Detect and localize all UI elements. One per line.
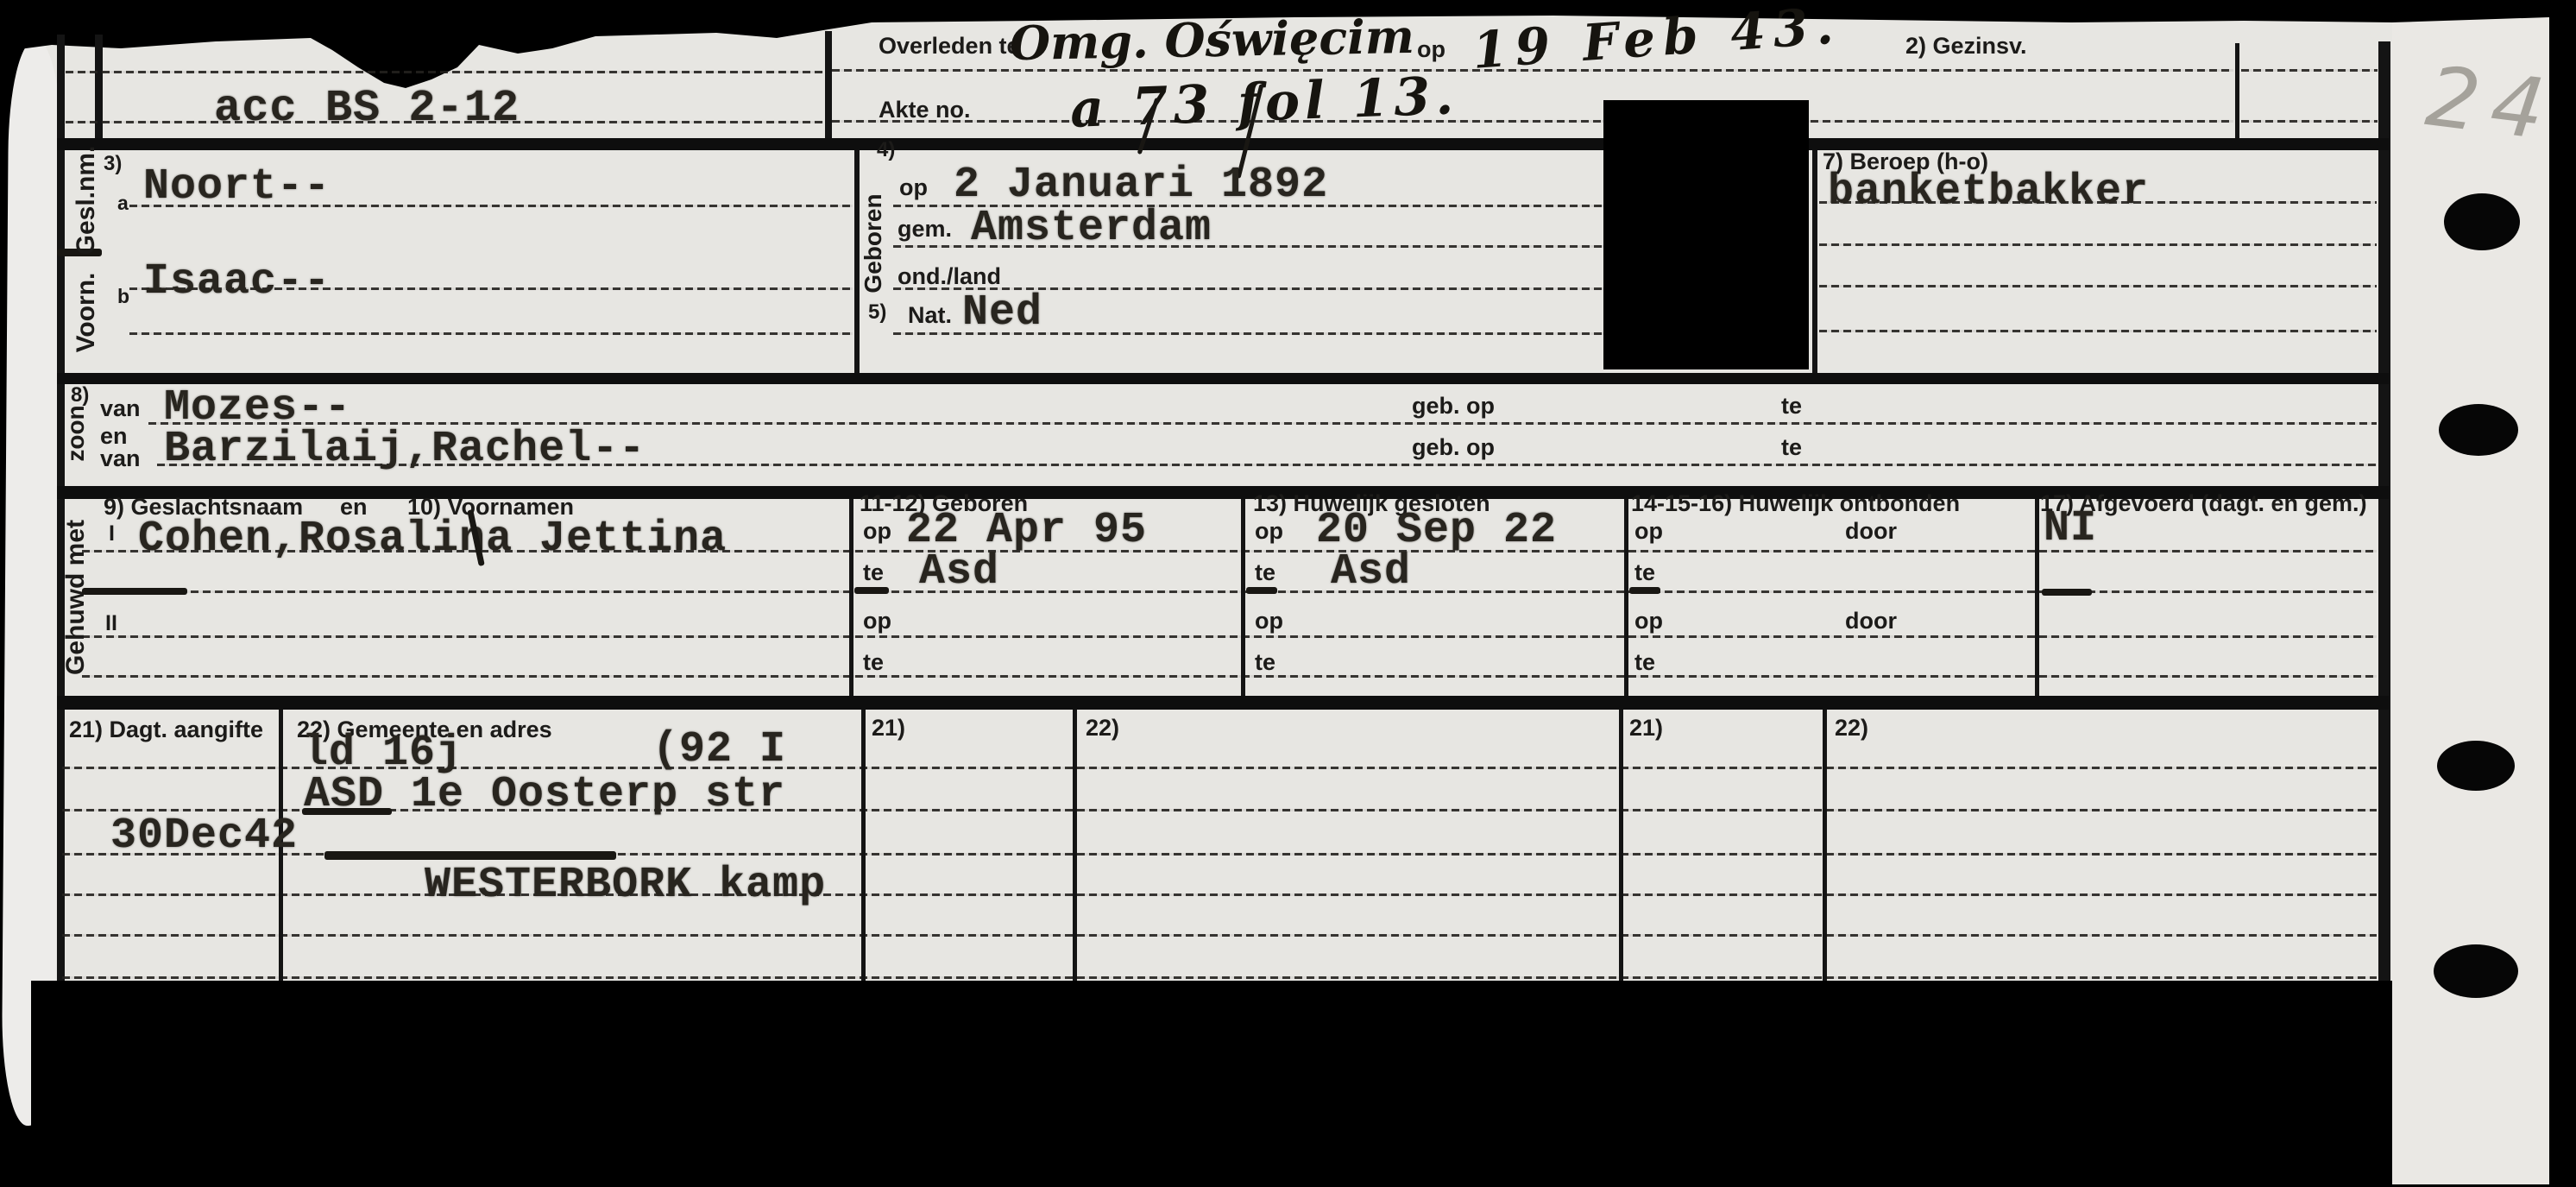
num8-label: 8) xyxy=(71,383,89,407)
te-label: te xyxy=(1634,559,1655,586)
ink-dash xyxy=(1246,587,1277,594)
op-label: op xyxy=(1255,608,1283,635)
op-label: op xyxy=(899,174,928,201)
ink-dash xyxy=(1629,587,1660,594)
te-label: te xyxy=(863,559,884,586)
reg-camp-line: WESTERBORK kamp xyxy=(318,811,826,959)
rule xyxy=(2241,120,2378,123)
section-bar-4 xyxy=(57,696,2389,710)
punch-hole xyxy=(2434,944,2518,998)
rule xyxy=(2241,69,2378,72)
nat-label: Nat. xyxy=(908,302,952,329)
b-divider-2 xyxy=(861,710,866,981)
bottom-black-strip xyxy=(31,981,2392,1187)
rule xyxy=(62,976,2377,979)
pencil-number: 24 xyxy=(2422,47,2562,159)
ond-land-label: ond./land xyxy=(898,263,1001,290)
num4-label: 4) xyxy=(877,138,895,162)
geslnm-label: Gesl.nm. xyxy=(72,146,101,256)
gehuwd-met-label: Gehuwd met xyxy=(61,520,91,675)
scanned-registration-card: acc BS 2-12 Overleden te Omg. Oświęcim o… xyxy=(0,0,2576,1187)
col22-header: 22) xyxy=(1835,715,1868,742)
akte-no-label: Akte no. xyxy=(879,97,971,123)
op-label: op xyxy=(863,608,891,635)
born-te-value: Asd xyxy=(919,547,999,597)
section-bar-2 xyxy=(57,373,2389,384)
reg-date-value: 30Dec42 xyxy=(110,811,298,861)
overleden-place-handwriting: Omg. Oświęcim xyxy=(1009,9,1414,71)
punch-hole xyxy=(2439,404,2518,456)
birth-date-value: 2 Januari 1892 xyxy=(954,161,1328,210)
b-divider-5 xyxy=(1823,710,1827,981)
te-label: te xyxy=(1634,649,1655,676)
header-14-15-16: 14-15-16) Huwelijk ontbonden xyxy=(1631,490,1960,517)
rule xyxy=(1819,285,2377,287)
rule xyxy=(82,675,2377,678)
te-label: te xyxy=(1781,393,1802,420)
te-label: te xyxy=(863,649,884,676)
op-label: op xyxy=(1634,518,1663,545)
rule xyxy=(1819,243,2377,246)
right-margin-paper xyxy=(2392,17,2549,1184)
col22-header: 22) xyxy=(1086,715,1119,742)
m-divider-1 xyxy=(1241,499,1245,696)
door-label: door xyxy=(1845,608,1897,635)
rule xyxy=(82,635,2377,638)
gezinsv-label: 2) Gezinsv. xyxy=(1905,33,2027,60)
rule xyxy=(129,332,853,335)
te-label: te xyxy=(1255,559,1275,586)
card-right-border xyxy=(2378,41,2390,984)
geb-op-label: geb. op xyxy=(1412,393,1495,420)
row1-marker: I xyxy=(109,521,115,546)
ink-dash xyxy=(82,588,187,595)
geboren-label: Geboren xyxy=(860,193,887,293)
header-21: 21) Dagt. aangifte xyxy=(69,717,263,743)
punch-hole xyxy=(2444,193,2520,250)
firstnames-value: Isaac-- xyxy=(143,257,331,306)
birth-place-value: Amsterdam xyxy=(971,204,1212,253)
door-label: door xyxy=(1845,518,1897,545)
num5-label: 5) xyxy=(868,300,886,325)
top-left-short-rule xyxy=(95,35,103,140)
mother-value: Barzilaij,Rachel-- xyxy=(164,425,646,474)
m-divider-2 xyxy=(1624,499,1628,696)
rule xyxy=(1819,330,2377,332)
col21-header: 21) xyxy=(1629,715,1663,742)
b-divider-3 xyxy=(1073,710,1077,981)
camp-underline xyxy=(324,851,616,860)
ink-dash xyxy=(2042,589,2092,596)
gem-label: gem. xyxy=(898,216,952,243)
overleden-te-label: Overleden te xyxy=(879,33,1020,60)
col21-header: 21) xyxy=(872,715,905,742)
m-divider-0 xyxy=(849,499,853,696)
m-divider-3 xyxy=(2035,499,2039,696)
ink-dash xyxy=(854,587,889,594)
beroep-value: banketbakker xyxy=(1828,167,2149,217)
row2-marker: II xyxy=(105,611,117,636)
te-label: te xyxy=(1781,434,1802,461)
card-left-border xyxy=(57,35,65,984)
op-label: op xyxy=(1417,36,1445,63)
afgevoerd-value: NI xyxy=(2044,504,2097,553)
van-label: van xyxy=(100,445,141,472)
op-label: op xyxy=(1255,518,1283,545)
van-label: van xyxy=(100,395,141,422)
op-label: op xyxy=(1634,608,1663,635)
geb-op-label: geb. op xyxy=(1412,434,1495,461)
a-label: a xyxy=(117,192,129,215)
rule xyxy=(832,120,2233,123)
surname-value: Noort-- xyxy=(143,162,331,212)
acc-number: acc BS 2-12 xyxy=(214,83,520,134)
top-divider-2 xyxy=(2235,43,2239,140)
b-divider-4 xyxy=(1619,710,1623,981)
b-label: b xyxy=(117,285,129,308)
camp-name: WESTERBORK xyxy=(425,861,692,910)
ink-smear xyxy=(302,808,392,815)
reg-line1b-value: (92 I xyxy=(652,725,786,774)
spouse-value: Cohen,Rosalina Jettina xyxy=(138,515,727,564)
left-edge-curl xyxy=(2,40,63,1126)
s1-divider-2 xyxy=(1812,150,1817,373)
section-bar-1 xyxy=(57,138,2389,150)
num3-label: 3) xyxy=(104,152,122,176)
voorn-label: Voorn. xyxy=(72,273,101,353)
camp-suffix: kamp xyxy=(692,861,826,910)
zoon-label: zoon xyxy=(62,405,90,461)
punch-hole xyxy=(2437,741,2515,791)
op-label: op xyxy=(863,518,891,545)
rule xyxy=(66,71,823,73)
married-te-value: Asd xyxy=(1331,547,1411,597)
top-divider-1 xyxy=(825,31,832,140)
te-label: te xyxy=(1255,649,1275,676)
nationality-value: Ned xyxy=(962,288,1042,338)
redaction-block xyxy=(1603,100,1809,369)
rule xyxy=(82,590,2377,593)
